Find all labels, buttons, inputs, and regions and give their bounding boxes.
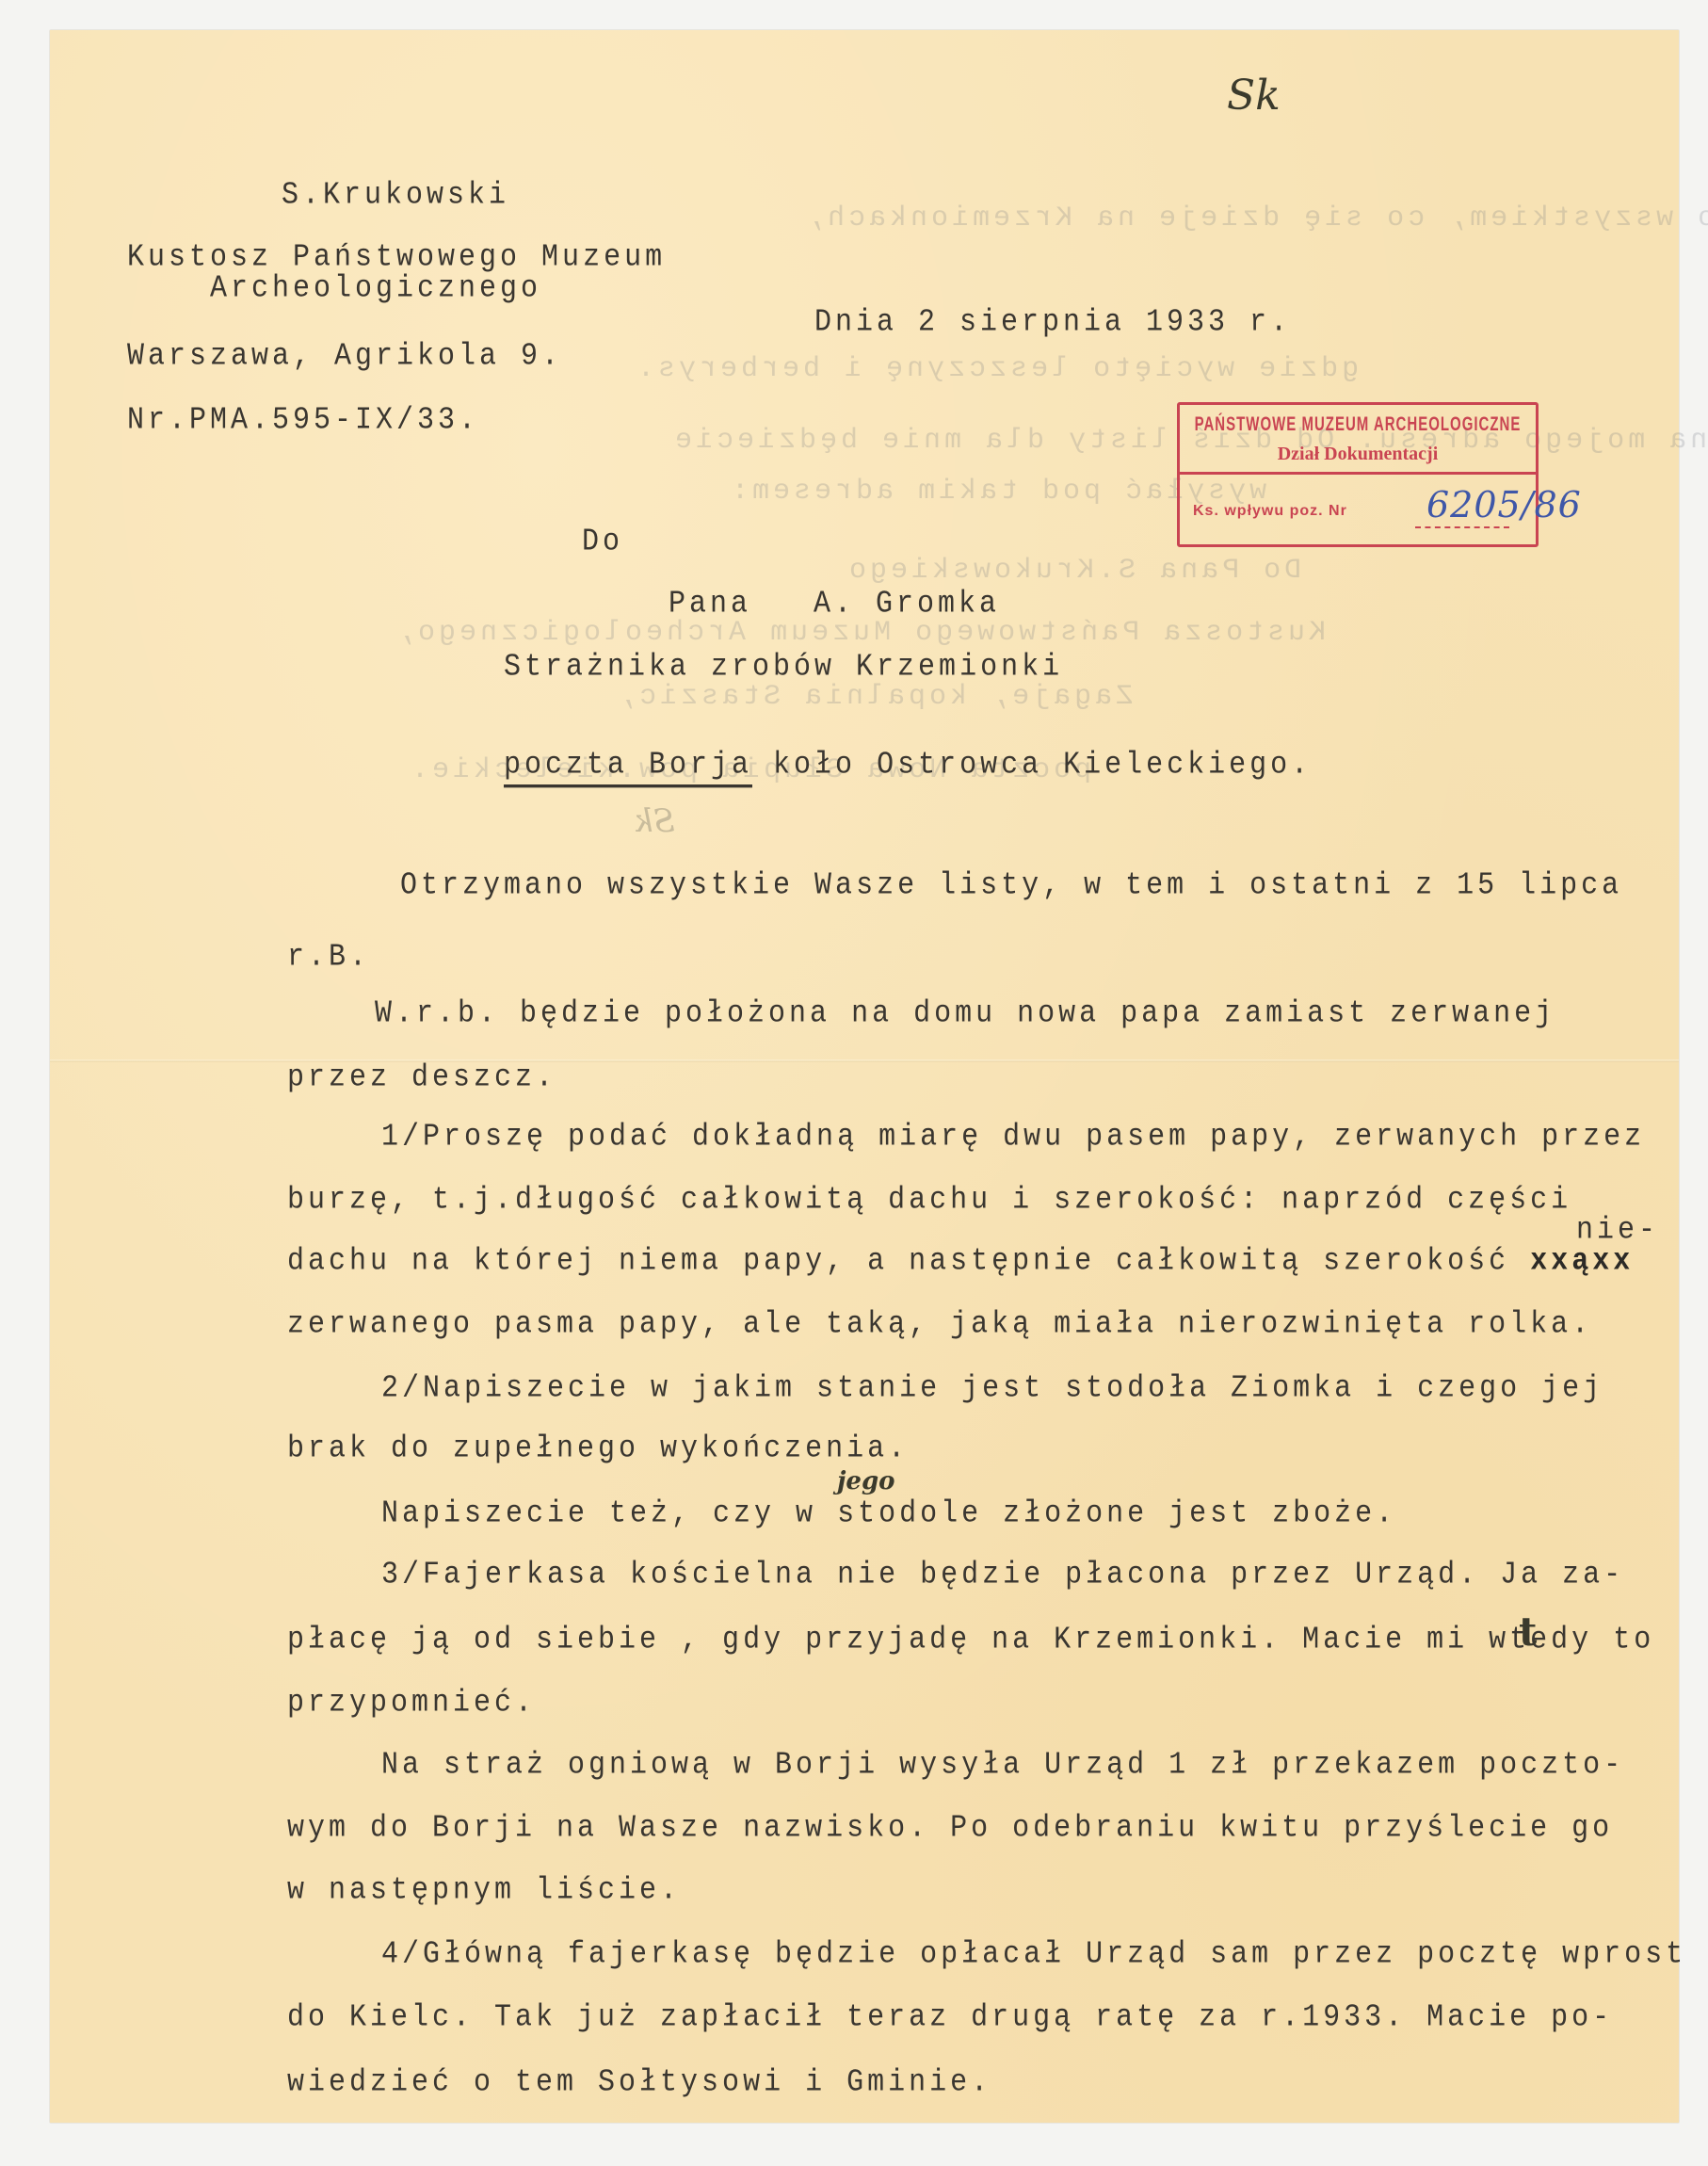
sender-address: Warszawa, Agrikola 9. <box>127 338 562 376</box>
museum-stamp: PAŃSTWOWE MUZEUM ARCHEOLOGICZNE Dział Do… <box>1177 402 1539 547</box>
body-line: 4/Główną fajerkasę będzie opłacał Urząd … <box>381 1936 1686 1974</box>
bleed-through-line: 5/Napiszecie o wszystkiem, co się dzieje… <box>803 202 1708 235</box>
handwritten-initials: Sk <box>1227 72 1281 120</box>
body-line: wym do Borji na Wasze nazwisko. Po odebr… <box>287 1810 1613 1848</box>
recipient-role: Strażnika zrobów Krzemionki <box>504 649 1063 687</box>
bleed-through-line: Do Pana S.Krukowskiego <box>846 554 1301 588</box>
body-line: 3/Fajerkasa kościelna nie będzie płacona… <box>381 1557 1624 1594</box>
recipient-to: Do <box>582 524 623 561</box>
reference-number: Nr.PMA.595-IX/33. <box>127 402 479 440</box>
sender-name: S.Krukowski <box>282 177 509 215</box>
letter-paper: 5/Napiszecie o wszystkiem, co się dzieje… <box>50 30 1679 2123</box>
recipient-post: poczta Borja koło Ostrowca Kieleckiego. <box>504 747 1312 784</box>
body-line: w następnym liście. <box>287 1872 681 1910</box>
body-line: wiedzieć o tem Sołtysowi i Gminie. <box>287 2064 991 2102</box>
body-line: przypomnieć. <box>287 1685 536 1722</box>
struck-out-text: xxąxx <box>1530 1244 1634 1280</box>
body-line: 2/Napiszecie w jakim stanie jest stodoła… <box>381 1370 1603 1408</box>
faint-initials: Sk <box>634 802 675 840</box>
handwritten-insert-jego: jego <box>837 1467 894 1495</box>
handwritten-correction-t: t <box>1519 1608 1537 1655</box>
sender-title-line2: Archeologicznego <box>210 270 541 308</box>
body-line: brak do zupełnego wykończenia. <box>287 1431 909 1468</box>
body-line: płacę ją od siebie , gdy przyjadę na Krz… <box>287 1622 1654 1659</box>
stamp-register-label: Ks. wpływu poz. Nr <box>1193 503 1347 520</box>
recipient-name: Pana A. Gromka <box>669 586 1000 623</box>
body-line: r.B. <box>287 939 370 977</box>
body-line: Na straż ogniową w Borji wysyła Urząd 1 … <box>381 1747 1624 1785</box>
stamp-department: Dział Dokumentacji <box>1180 444 1536 465</box>
body-line-text: dachu na której niema papy, a następnie … <box>287 1244 1530 1280</box>
post-office-underlined: poczta Borja <box>504 748 752 788</box>
body-line: Otrzymano wszystkie Wasze listy, w tem i… <box>400 867 1622 905</box>
body-line: 1/Proszę podać dokładną miarę dwu pasem … <box>381 1119 1645 1156</box>
register-number-line <box>1415 526 1509 528</box>
stamp-organization: PAŃSTWOWE MUZEUM ARCHEOLOGICZNE <box>1180 413 1536 436</box>
body-line: do Kielc. Tak już zapłacił teraz drugą r… <box>287 1999 1613 2037</box>
body-line: dachu na której niema papy, a następnie … <box>287 1243 1634 1281</box>
body-line: przez deszcz. <box>287 1059 556 1097</box>
body-line: W.r.b. będzie położona na domu nowa papa… <box>375 995 1555 1033</box>
bleed-through-line: gdzie wycięto leszczynę i berberys. <box>634 352 1359 386</box>
post-office-rest: koło Ostrowca Kieleckiego. <box>752 748 1312 784</box>
body-line: burzę, t.j.długość całkowitą dachu i sze… <box>287 1182 1571 1220</box>
body-line: Napiszecie też, czy w stodole złożone je… <box>381 1495 1396 1533</box>
letter-date: Dnia 2 sierpnia 1933 r. <box>814 304 1291 342</box>
body-line: zerwanego pasma papy, ale taką, jaką mia… <box>287 1306 1592 1344</box>
register-number: 6205/86 <box>1426 484 1582 525</box>
